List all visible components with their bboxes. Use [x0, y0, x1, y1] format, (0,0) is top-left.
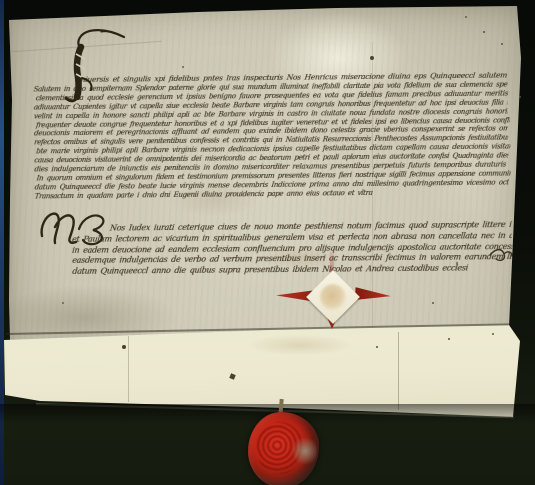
wax-seal: [248, 412, 319, 485]
fold-vertical-crease: [398, 332, 399, 410]
ns-initial-icon: [38, 208, 116, 250]
photo-backdrop: Vniuersis et singulis xpi fidelibus pnte…: [0, 0, 535, 485]
margin-flourish-icon: [488, 246, 514, 264]
fold-vertical-crease: [128, 336, 129, 402]
charter-text-block-confirmation: Nos Iudex iurati ceterique ciues de nouo…: [72, 220, 512, 278]
seal-impression: [320, 284, 346, 310]
parchment-specks: [0, 0, 2, 2]
decorated-initial-icon: [36, 26, 128, 104]
